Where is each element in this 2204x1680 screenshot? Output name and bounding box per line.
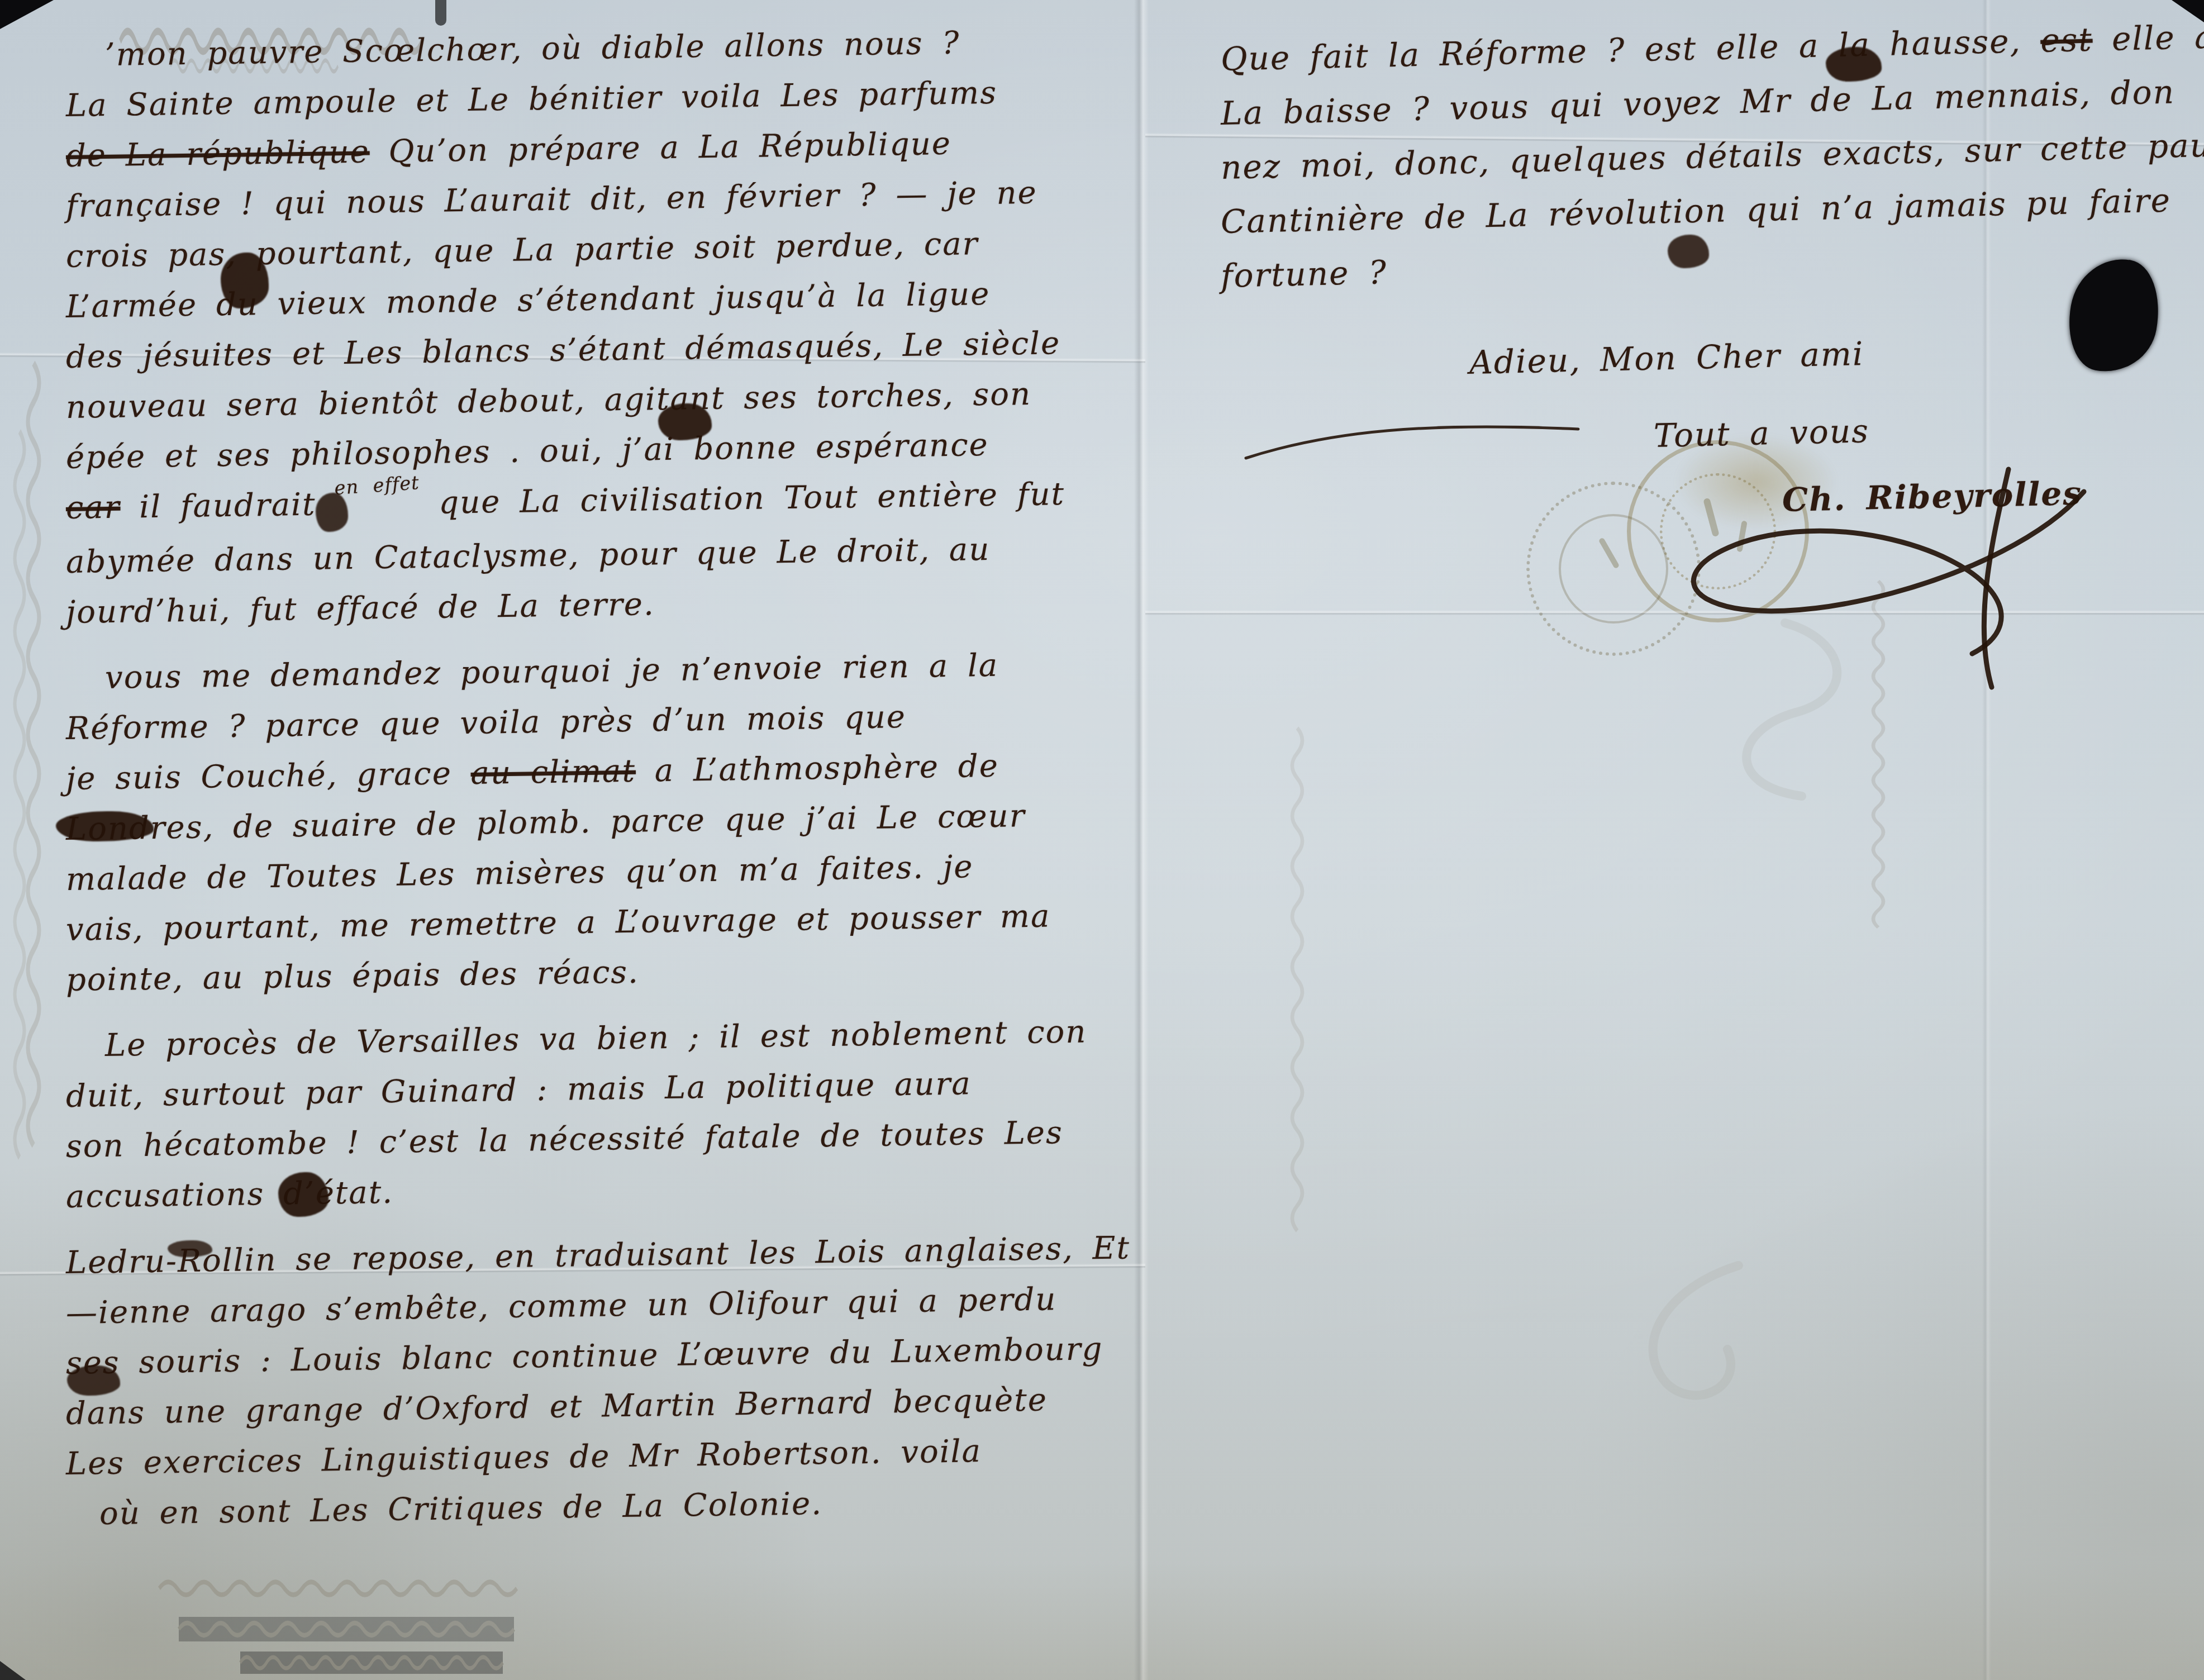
paragraph: ’mon pauvre Scœlchœr, où diable allons n… (66, 31, 1145, 638)
paragraph: Que fait la Réforme ? est elle a la haus… (1221, 32, 2204, 303)
text-segment: elle a (2092, 18, 2204, 59)
text-segment: française ! qui nous L’aurait dit, en fé… (66, 175, 1038, 225)
text-segment: jourd’hui, fut effacé de La terre. (66, 586, 655, 631)
text-segment: son hécatombe ! c’est la nécessité fatal… (66, 1115, 1064, 1165)
struck-text: de La république (66, 134, 370, 174)
text-segment: vous me demandez pourquoi je n’envoie ri… (105, 648, 999, 696)
text-segment: L’armée du vieux monde s’étendant jusqu’… (66, 276, 991, 325)
text-segment: a L’athmosphère de (636, 748, 999, 789)
text-segment: fortune ? (1220, 253, 1387, 295)
bleedthrough-bottom-text (179, 1617, 514, 1641)
paragraph: Le procès de Versailles va bien ; il est… (66, 1021, 1145, 1222)
closing-valediction: Tout a vous (1653, 397, 2204, 463)
right-page-lines: Que fait la Réforme ? est elle a la haus… (1221, 32, 2204, 303)
text-segment: dans une grange d’Oxford et Martin Berna… (66, 1382, 1048, 1432)
text-segment: La Sainte ampoule et Le bénitier voila L… (66, 75, 998, 124)
letter-page-left: ’mon pauvre Scœlchœr, où diable allons n… (0, 0, 1145, 1555)
text-segment: où en sont Les Critiques de La Colonie. (99, 1486, 823, 1532)
text-segment: des jésuites et Les blancs s’étant démas… (66, 325, 1061, 375)
signature: Ch. Ribeyrolles (1782, 464, 2204, 527)
text-segment: —ienne arago s’embête, comme un Olifour … (66, 1281, 1057, 1331)
text-segment: Londres, de suaire de plomb. parce que j… (66, 798, 1026, 848)
text-segment: Que fait la Réforme ? est elle a la haus… (1220, 22, 2041, 78)
text-segment: pointe, au plus épais des réacs. (66, 954, 640, 998)
paragraph: Ledru-Rollin se repose, en traduisant le… (66, 1238, 1145, 1540)
ink-blot (1826, 47, 1882, 82)
text-segment: accusations d’état. (66, 1174, 394, 1215)
text-segment: nouveau sera bientôt debout, agitant ses… (66, 376, 1032, 426)
text-segment: duit, surtout par Guinard : mais La poli… (66, 1065, 972, 1115)
text-segment: je suis Couché, grace (66, 755, 472, 797)
bleedthrough-bottom-text (240, 1652, 503, 1674)
ink-blot (56, 811, 154, 841)
letter-photograph: ’mon pauvre Scœlchœr, où diable allons n… (0, 0, 2204, 1680)
struck-text: car (65, 489, 120, 526)
ink-blot (658, 403, 712, 440)
text-segment: Qu’on prépare a La République (369, 126, 951, 170)
ink-blot (316, 493, 348, 532)
ink-blot (168, 1240, 212, 1257)
photo-corner-shadow (0, 1661, 26, 1680)
text-segment: Ledru-Rollin se repose, en traduisant le… (66, 1230, 1131, 1281)
text-segment: malade de Toutes Les misères qu’on m’a f… (66, 849, 974, 898)
text-segment: Réforme ? parce que voila près d’un mois… (66, 699, 907, 747)
ink-blot (1668, 235, 1709, 268)
text-segment: que La civilisation Tout entière fut (420, 476, 1065, 521)
struck-text: est (2040, 21, 2093, 60)
text-segment: vais, pourtant, me remettre a L’ouvrage … (66, 898, 1051, 948)
text-segment: abymée dans un Cataclysme, pour que Le d… (66, 531, 991, 580)
text-segment: ses souris : Louis blanc continue L’œuvr… (66, 1331, 1103, 1382)
fold-notch-shadow (435, 0, 446, 26)
ink-blot (221, 253, 269, 308)
text-segment: épée et ses philosophes . oui, j’ai bonn… (66, 427, 989, 476)
closing-block: Adieu, Mon Cher ami Tout a vous Ch. Ribe… (1221, 336, 2204, 527)
ink-blot (278, 1172, 329, 1217)
text-segment: il faudrait (120, 486, 335, 525)
ink-blot (67, 1365, 120, 1396)
paragraph: vous me demandez pourquoi je n’envoie ri… (66, 654, 1145, 1006)
text-segment: ’mon pauvre Scœlchœr, où diable allons n… (105, 25, 960, 73)
struck-text: au climat (470, 753, 636, 792)
text-segment: Le procès de Versailles va bien ; il est… (105, 1013, 1087, 1064)
bleedthrough-bottom-text (159, 1576, 517, 1601)
text-segment: Les exercices Linguistiques de Mr Robert… (66, 1433, 982, 1482)
text-segment: crois pas, pourtant, que La partie soit … (66, 226, 979, 275)
